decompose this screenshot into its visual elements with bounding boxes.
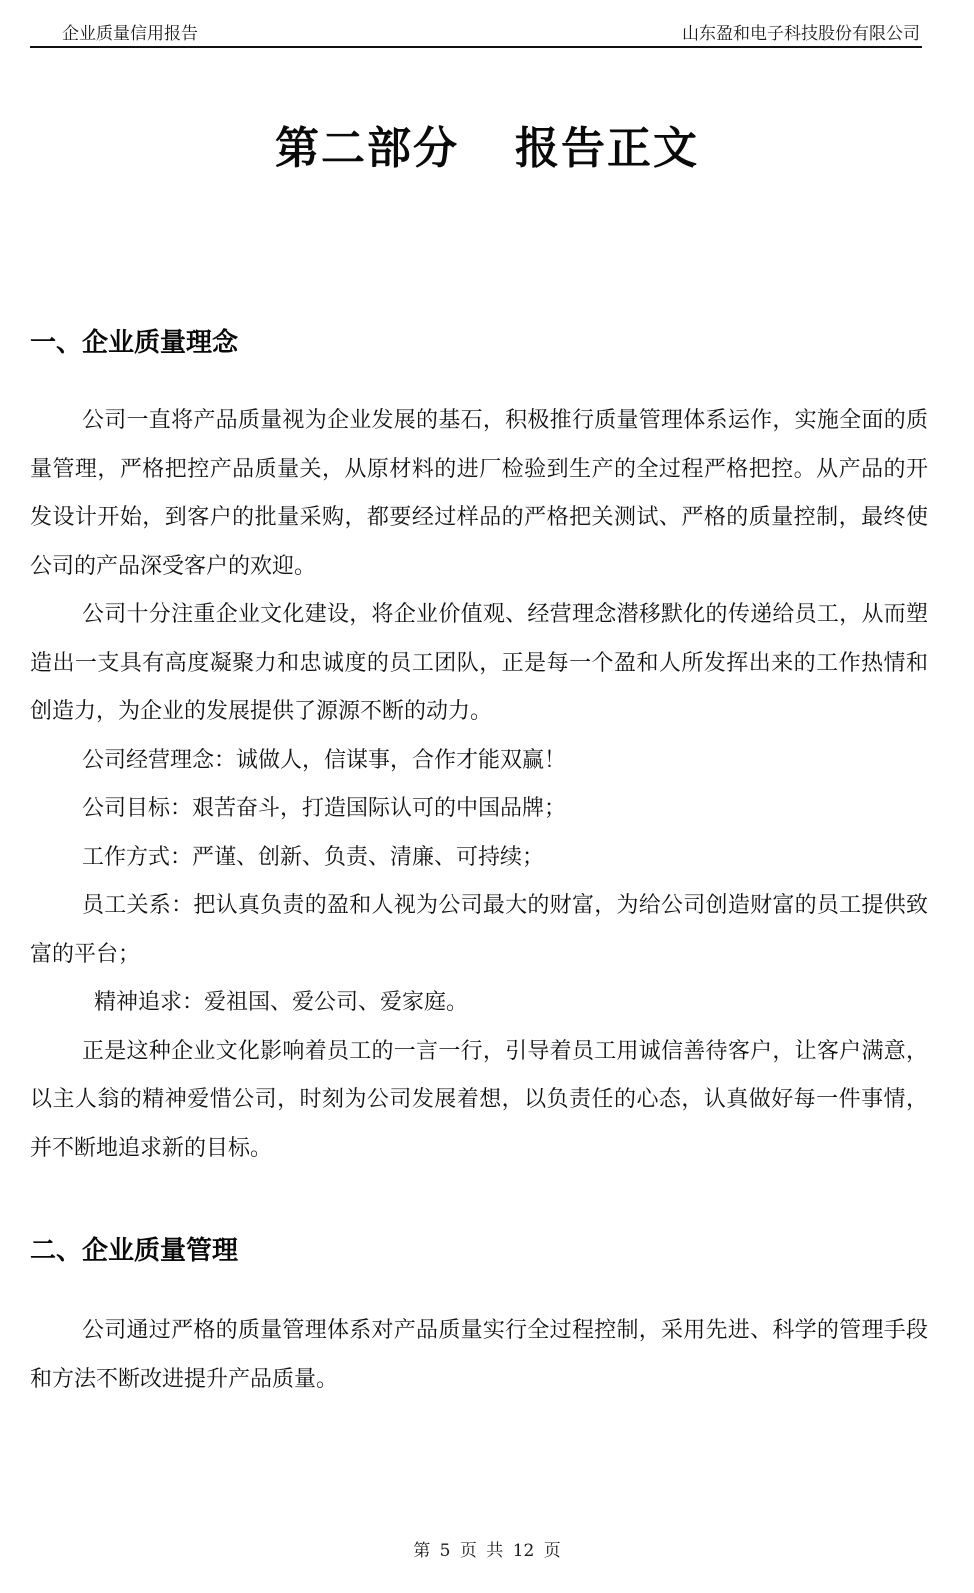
section-heading-quality-management: 二、企业质量管理: [30, 1230, 238, 1267]
paragraph: 公司经营理念：诚做人，信谋事，合作才能双赢！: [30, 737, 928, 786]
paragraph: 工作方式：严谨、创新、负责、清廉、可持续；: [30, 834, 928, 883]
page-header: 企业质量信用报告 山东盈和电子科技股份有限公司: [30, 18, 922, 44]
paragraph: 精神追求：爱祖国、爱公司、爱家庭。: [30, 979, 928, 1028]
part-label: 第二部分: [275, 123, 459, 174]
paragraph: 正是这种企业文化影响着员工的一言一行，引导着员工用诚信善待客户，让客户满意，以主…: [30, 1028, 928, 1174]
paragraph: 公司十分注重企业文化建设，将企业价值观、经营理念潜移默化的传递给员工，从而塑造出…: [30, 591, 928, 737]
header-divider: [30, 46, 922, 48]
page-title: 第二部分报告正文: [0, 112, 974, 176]
section-body-quality-management: 公司通过严格的质量管理体系对产品质量实行全过程控制，采用先进、科学的管理手段和方…: [30, 1307, 928, 1404]
paragraph: 公司目标：艰苦奋斗，打造国际认可的中国品牌；: [30, 785, 928, 834]
section-body-quality-concept: 公司一直将产品质量视为企业发展的基石，积极推行质量管理体系运作，实施全面的质量管…: [30, 397, 928, 1173]
page-number: 第 5 页 共 12 页: [0, 1536, 974, 1561]
paragraph: 员工关系：把认真负责的盈和人视为公司最大的财富，为给公司创造财富的员工提供致富的…: [30, 882, 928, 979]
report-title: 企业质量信用报告: [30, 19, 198, 44]
part-name: 报告正文: [515, 123, 699, 174]
paragraph: 公司通过严格的质量管理体系对产品质量实行全过程控制，采用先进、科学的管理手段和方…: [30, 1307, 928, 1404]
section-heading-quality-concept: 一、企业质量理念: [30, 322, 238, 359]
company-name: 山东盈和电子科技股份有限公司: [682, 19, 922, 44]
paragraph: 公司一直将产品质量视为企业发展的基石，积极推行质量管理体系运作，实施全面的质量管…: [30, 397, 928, 591]
